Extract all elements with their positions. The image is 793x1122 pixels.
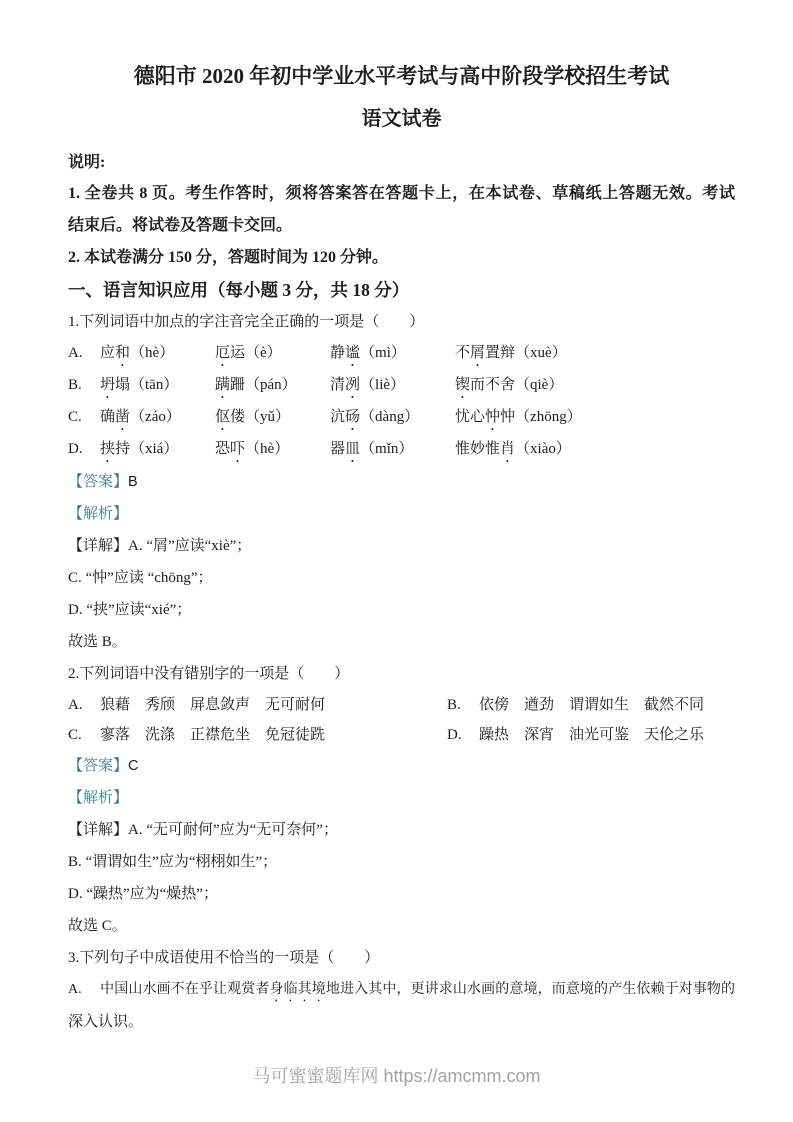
option-word: 深宵 [524, 727, 554, 743]
option-term: 惟妙惟肖（xiào） [455, 434, 571, 466]
option-label: B. [68, 370, 100, 400]
option-term: 坍塌（tān） [100, 370, 215, 402]
term-pre: 惟妙惟 [455, 441, 500, 457]
exam-paper-page: 德阳市 2020 年初中学业水平考试与高中阶段学校招生考试 语文试卷 说明: 1… [0, 0, 793, 1122]
q2-option-group: C.寥落洗涤正襟危坐免冠徒跣 [68, 720, 447, 750]
q1-detail-line: D. “挟”应读“xié”； [68, 594, 735, 626]
term-pre: 应 [100, 345, 115, 361]
dotted-char: 砀 [345, 409, 360, 425]
dotted-char: 锲 [455, 377, 470, 393]
dotted-char: 挟 [100, 441, 115, 457]
option-term: 应和（hè） [100, 338, 215, 370]
term-post: 置辩（xuè） [485, 345, 567, 361]
term-pre: 静 [330, 345, 345, 361]
option-word: 正襟危坐 [190, 727, 250, 743]
watermark-footer: 马可蜜蜜题库网 https://amcmm.com [0, 1062, 793, 1088]
dotted-char: 蹒 [215, 377, 230, 393]
option-word: 洗涤 [145, 727, 175, 743]
option-label: D. [447, 720, 479, 750]
section-heading: 一、语言知识应用（每小题 3 分，共 18 分） [68, 274, 735, 306]
option-word: 免冠徒跣 [265, 727, 325, 743]
term-post: （mì） [360, 345, 406, 361]
option-word: 遒劲 [524, 697, 554, 713]
option-term: 忧心忡忡（zhōng） [455, 402, 582, 434]
q2-option-row: C.寥落洗涤正襟危坐免冠徒跣D.躁热深宵油光可鉴天伦之乐 [68, 720, 735, 750]
q2-detail-line: 故选 C。 [68, 910, 735, 942]
dotted-char: 冽 [345, 377, 360, 393]
option-word: 秀颀 [145, 697, 175, 713]
analysis-label: 【解析】 [68, 790, 128, 806]
dotted-char: 坍 [100, 377, 115, 393]
option-term: 锲而不舍（qiè） [455, 370, 563, 402]
option-word: 无可耐何 [265, 697, 325, 713]
term-post: （dàng） [360, 409, 419, 425]
notice-item2: 2. 本试卷满分 150 分，答题时间为 120 分钟。 [68, 242, 735, 274]
term-post: 持（xiá） [115, 441, 178, 457]
q1-option-row: A.应和（hè）厄运（è）静谧（mì）不屑置辩（xuè） [68, 338, 735, 370]
term-pre: 清 [330, 377, 345, 393]
q1-analysis-line: 【解析】 [68, 498, 735, 530]
q2-options: A.狼藉秀颀屏息敛声无可耐何B.依傍遒劲谓谓如生截然不同C.寥落洗涤正襟危坐免冠… [68, 690, 735, 750]
term-post: 忡（zhōng） [500, 409, 582, 425]
q1-answer-line: 【答案】B [68, 466, 735, 498]
option-word: 依傍 [479, 697, 509, 713]
dotted-char: 谧 [345, 345, 360, 361]
answer-label: 【答案】 [68, 758, 128, 774]
option-term: 恐吓（hè） [215, 434, 330, 466]
option-term: 伛偻（yǔ） [215, 402, 330, 434]
dotted-char: 伛 [215, 409, 230, 425]
term-post: 运（è） [230, 345, 282, 361]
term-pre: 确 [100, 409, 115, 425]
q2-answer-line: 【答案】C [68, 750, 735, 782]
q1-option-row: D.挟持（xiá）恐吓（hè）器皿（mǐn）惟妙惟肖（xiào） [68, 434, 735, 466]
option-word: 截然不同 [644, 697, 704, 713]
term-pre: 器 [330, 441, 345, 457]
term-post: （hè） [245, 441, 289, 457]
option-word: 寥落 [100, 727, 130, 743]
page-content: 德阳市 2020 年初中学业水平考试与高中阶段学校招生考试 语文试卷 说明: 1… [0, 0, 793, 1038]
q3-optionA-post: 地进入其中，更讲求山水画的意境，而意境的产生依赖于对事物的 [326, 982, 735, 997]
option-term: 器皿（mǐn） [330, 434, 455, 466]
q3-optionA-line2: 深入认识。 [68, 1006, 735, 1038]
q2-analysis-line: 【解析】 [68, 782, 735, 814]
dotted-char: 吓 [230, 441, 245, 457]
notice-item1-line1: 1. 全卷共 8 页。考生作答时，须将答案答在答题卡上，在本试卷、草稿纸上答题无… [68, 178, 735, 210]
answer-value: B [128, 474, 138, 490]
option-label: C. [68, 402, 100, 432]
option-label: A. [68, 338, 100, 368]
term-pre: 不 [455, 345, 470, 361]
term-post: 跚（pán） [230, 377, 297, 393]
option-label: C. [68, 720, 100, 750]
q1-options: A.应和（hè）厄运（è）静谧（mì）不屑置辩（xuè）B.坍塌（tān）蹒跚（… [68, 338, 735, 466]
q2-detail-line: D. “躁热”应为“燥热”； [68, 878, 735, 910]
dotted-char: 凿 [115, 409, 130, 425]
option-term: 厄运（è） [215, 338, 330, 370]
option-label: A. [68, 974, 100, 1006]
dotted-char: 厄 [215, 345, 230, 361]
term-post: （xiào） [515, 441, 571, 457]
term-post: （liè） [360, 377, 405, 393]
q1-option-row: C.确凿（záo）伛偻（yǔ）沆砀（dàng）忧心忡忡（zhōng） [68, 402, 735, 434]
term-pre: 恐 [215, 441, 230, 457]
option-term: 清冽（liè） [330, 370, 455, 402]
notice-item1-line2: 结束后。将试卷及答题卡交回。 [68, 210, 735, 242]
q1-detail-line: C. “忡”应读 “chōng”； [68, 562, 735, 594]
q2-option-row: A.狼藉秀颀屏息敛声无可耐何B.依傍遒劲谓谓如生截然不同 [68, 690, 735, 720]
option-word: 谓谓如生 [569, 697, 629, 713]
notice-label: 说明: [68, 148, 735, 178]
q1-detail-line: 故选 B。 [68, 626, 735, 658]
q3-optionA-pre: 中国山水画不在乎让观赏者 [100, 982, 269, 997]
option-term: 不屑置辩（xuè） [455, 338, 567, 370]
term-pre: 沆 [330, 409, 345, 425]
q2-detail-line: 【详解】A. “无可耐何”应为“无可奈何”； [68, 814, 735, 846]
q2-option-group: A.狼藉秀颀屏息敛声无可耐何 [68, 690, 447, 720]
option-word: 躁热 [479, 727, 509, 743]
option-term: 确凿（záo） [100, 402, 215, 434]
term-post: 塌（tān） [115, 377, 178, 393]
term-post: （hè） [130, 345, 174, 361]
dotted-char: 和 [115, 345, 130, 361]
option-word: 油光可鉴 [569, 727, 629, 743]
q3-optionA-dotted-idiom: 身临其境 [269, 982, 325, 997]
option-label: D. [68, 434, 100, 464]
exam-title: 德阳市 2020 年初中学业水平考试与高中阶段学校招生考试 [68, 60, 735, 92]
q3-optionA-line1: A.中国山水画不在乎让观赏者身临其境地进入其中，更讲求山水画的意境，而意境的产生… [68, 974, 735, 1006]
option-label: B. [447, 690, 479, 720]
q2-option-group: B.依傍遒劲谓谓如生截然不同 [447, 690, 735, 720]
option-label: A. [68, 690, 100, 720]
answer-value: C [128, 758, 138, 774]
option-word: 屏息敛声 [190, 697, 250, 713]
exam-subtitle: 语文试卷 [68, 104, 735, 134]
q2-stem: 2.下列词语中没有错别字的一项是（ ） [68, 658, 735, 690]
answer-label: 【答案】 [68, 474, 128, 490]
option-term: 挟持（xiá） [100, 434, 215, 466]
option-term: 静谧（mì） [330, 338, 455, 370]
q2-detail-line: B. “谓谓如生”应为“栩栩如生”； [68, 846, 735, 878]
dotted-char: 肖 [500, 441, 515, 457]
option-word: 狼藉 [100, 697, 130, 713]
q1-detail-line: 【详解】A. “屑”应读“xiè”； [68, 530, 735, 562]
option-term: 蹒跚（pán） [215, 370, 330, 402]
q2-option-group: D.躁热深宵油光可鉴天伦之乐 [447, 720, 735, 750]
analysis-label: 【解析】 [68, 506, 128, 522]
dotted-char: 屑 [470, 345, 485, 361]
term-pre: 忧心 [455, 409, 485, 425]
option-term: 沆砀（dàng） [330, 402, 455, 434]
option-word: 天伦之乐 [644, 727, 704, 743]
term-post: 偻（yǔ） [230, 409, 290, 425]
q3-stem: 3.下列句子中成语使用不恰当的一项是（ ） [68, 942, 735, 974]
term-post: （záo） [130, 409, 181, 425]
dotted-char: 忡 [485, 409, 500, 425]
term-post: 而不舍（qiè） [470, 377, 563, 393]
term-post: （mǐn） [360, 441, 413, 457]
dotted-char: 皿 [345, 441, 360, 457]
q1-option-row: B.坍塌（tān）蹒跚（pán）清冽（liè）锲而不舍（qiè） [68, 370, 735, 402]
q1-stem: 1.下列词语中加点的字注音完全正确的一项是（ ） [68, 306, 735, 338]
